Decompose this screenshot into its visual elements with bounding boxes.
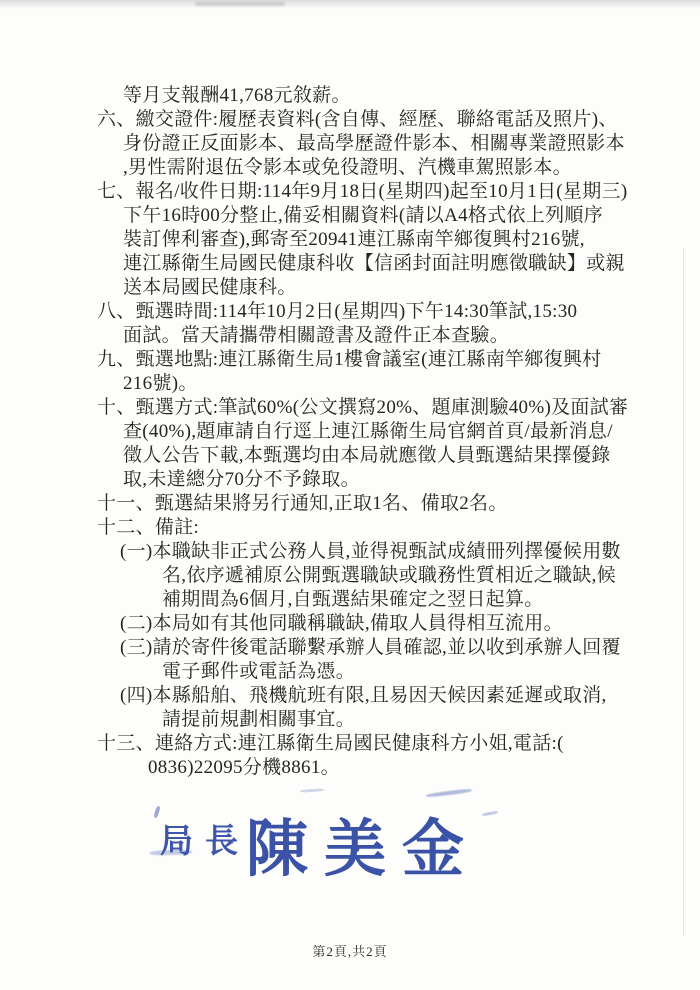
text-line: 送本局國民健康科。: [123, 276, 657, 300]
text-line: 十一、甄選結果將另行通知,正取1名、備取2名。: [97, 492, 657, 516]
text-line: 七、報名/收件日期:114年9月18日(星期四)起至10月1日(星期三): [97, 180, 657, 204]
ink-smudge: [426, 788, 472, 798]
stamp-signature-name: 陳美金: [246, 799, 480, 888]
text-line: (三)請於寄件後電話聯繫承辦人員確認,並以收到承辦人回覆: [120, 636, 657, 660]
text-line: 十二、備註:: [97, 516, 657, 540]
text-line: 取,未達總分70分不予錄取。: [123, 468, 657, 492]
scan-edge-shadow: [0, 0, 700, 9]
text-line: 十三、連絡方式:連江縣衛生局國民健康科方小姐,電話:(: [97, 732, 657, 756]
text-line: 面試。當天請攜帶相關證書及證件正本查驗。: [123, 324, 657, 348]
text-line: 身份證正反面影本、最高學歷證件影本、相關專業證照影本: [123, 132, 657, 156]
text-line: 徵人公告下載,本甄選均由本局就應徵人員甄選結果擇優錄: [123, 444, 657, 468]
text-line: 補期間為6個月,自甄選結果確定之翌日起算。: [162, 588, 657, 612]
text-line: ,男性需附退伍令影本或免役證明、汽機車駕照影本。: [123, 156, 657, 180]
text-line: (一)本職缺非正式公務人員,並得視甄試成績冊列擇優候用數: [120, 540, 657, 564]
scanned-document-page: { "document": { "lines": [ { "indent": "…: [0, 0, 700, 990]
text-line: 裝訂俾利審查),郵寄至20941連江縣南竿鄉復興村216號,: [123, 228, 657, 252]
text-line: 等月支報酬41,768元敘薪。: [123, 84, 657, 108]
page-number: 第2頁,共2頁: [312, 941, 387, 960]
text-line: 連江縣衛生局國民健康科收【信函封面註明應徵職缺】或親: [123, 252, 657, 276]
ink-smudge: [482, 811, 498, 817]
text-line: (二)本局如有其他同職稱職缺,備取人員得相互流用。: [120, 612, 657, 636]
text-line: (四)本縣船舶、飛機航班有限,且易因天候因素延遲或取消,: [120, 684, 657, 708]
scan-edge-shadow-dark-patch: [195, 2, 285, 6]
text-line: 查(40%),題庫請自行逕上連江縣衛生局官網首頁/最新消息/: [123, 420, 657, 444]
text-line: 216號)。: [123, 372, 657, 396]
text-line: 八、甄選時間:114年10月2日(星期四)下午14:30筆試,15:30: [97, 300, 657, 324]
text-line: 名,依序遞補原公開甄選職缺或職務性質相近之職缺,候: [162, 564, 657, 588]
ink-smudge: [300, 788, 324, 793]
text-line: 下午16時00分整止,備妥相關資料(請以A4格式依上列順序: [123, 204, 657, 228]
text-line: 0836)22095分機8861。: [148, 756, 657, 780]
document-body-text: 等月支報酬41,768元敘薪。六、繳交證件:履歷表資料(含自傳、經歷、聯絡電話及…: [97, 84, 657, 780]
stamp-title: 局長: [160, 815, 250, 862]
text-line: 請提前規劃相關事宜。: [162, 708, 657, 732]
text-line: 九、甄選地點:連江縣衛生局1樓會議室(連江縣南竿鄉復興村: [97, 348, 657, 372]
text-line: 十、甄選方式:筆試60%(公文撰寫20%、題庫測驗40%)及面試審: [97, 396, 657, 420]
scan-artifact-line: [683, 248, 684, 936]
text-line: 電子郵件或電話為憑。: [162, 660, 657, 684]
text-line: 六、繳交證件:履歷表資料(含自傳、經歷、聯絡電話及照片)、: [97, 108, 657, 132]
